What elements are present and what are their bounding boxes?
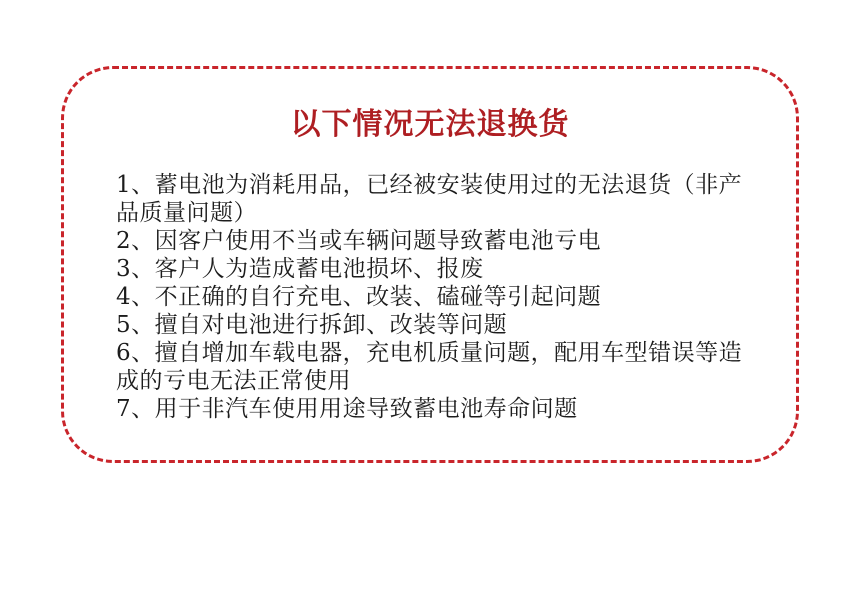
list-item: 3、客户人为造成蓄电池损坏、报废 [116, 255, 752, 283]
list-item: 6、擅自增加车载电器，充电机质量问题，配用车型错误等造成的亏电无法正常使用 [116, 339, 752, 395]
notice-box: 以下情况无法退换货 1、蓄电池为消耗用品，已经被安装使用过的无法退货（非产品质量… [61, 66, 799, 463]
list-item: 5、擅自对电池进行拆卸、改装等问题 [116, 311, 752, 339]
list-item: 1、蓄电池为消耗用品，已经被安装使用过的无法退货（非产品质量问题） [116, 171, 752, 227]
list-item: 7、用于非汽车使用用途导致蓄电池寿命问题 [116, 395, 752, 423]
page-title: 以下情况无法退换货 [64, 109, 796, 141]
list-item: 4、不正确的自行充电、改装、磕碰等引起问题 [116, 283, 752, 311]
page: 以下情况无法退换货 1、蓄电池为消耗用品，已经被安装使用过的无法退货（非产品质量… [0, 0, 850, 599]
notice-list: 1、蓄电池为消耗用品，已经被安装使用过的无法退货（非产品质量问题） 2、因客户使… [64, 171, 796, 423]
list-item: 2、因客户使用不当或车辆问题导致蓄电池亏电 [116, 227, 752, 255]
